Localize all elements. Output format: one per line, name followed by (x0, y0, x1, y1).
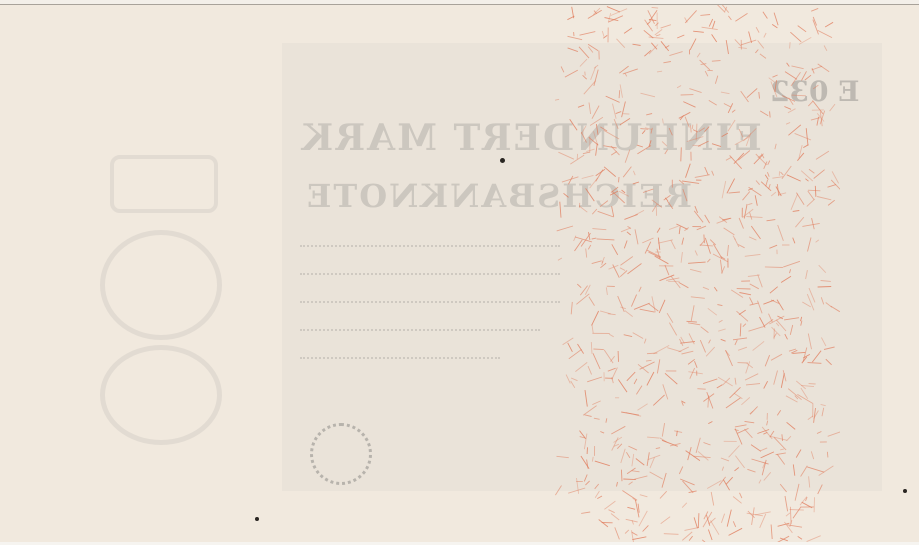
seal-bleed (310, 423, 372, 485)
banknote: E 032 EINHUNDERT MARK REICHSBANKNOTE (0, 4, 919, 542)
text-line-bleed (300, 301, 560, 313)
ink-spot (255, 517, 259, 521)
numeral-zero-bleed (100, 345, 222, 445)
security-fibers (555, 5, 840, 542)
numeral-zero-bleed (100, 230, 222, 340)
text-line-bleed (300, 273, 560, 285)
numeral-one-bleed (110, 155, 218, 213)
ink-spot (903, 489, 907, 493)
text-line-bleed (300, 329, 540, 341)
ink-spot (500, 158, 505, 163)
text-line-bleed (300, 357, 500, 369)
text-line-bleed (300, 245, 560, 257)
